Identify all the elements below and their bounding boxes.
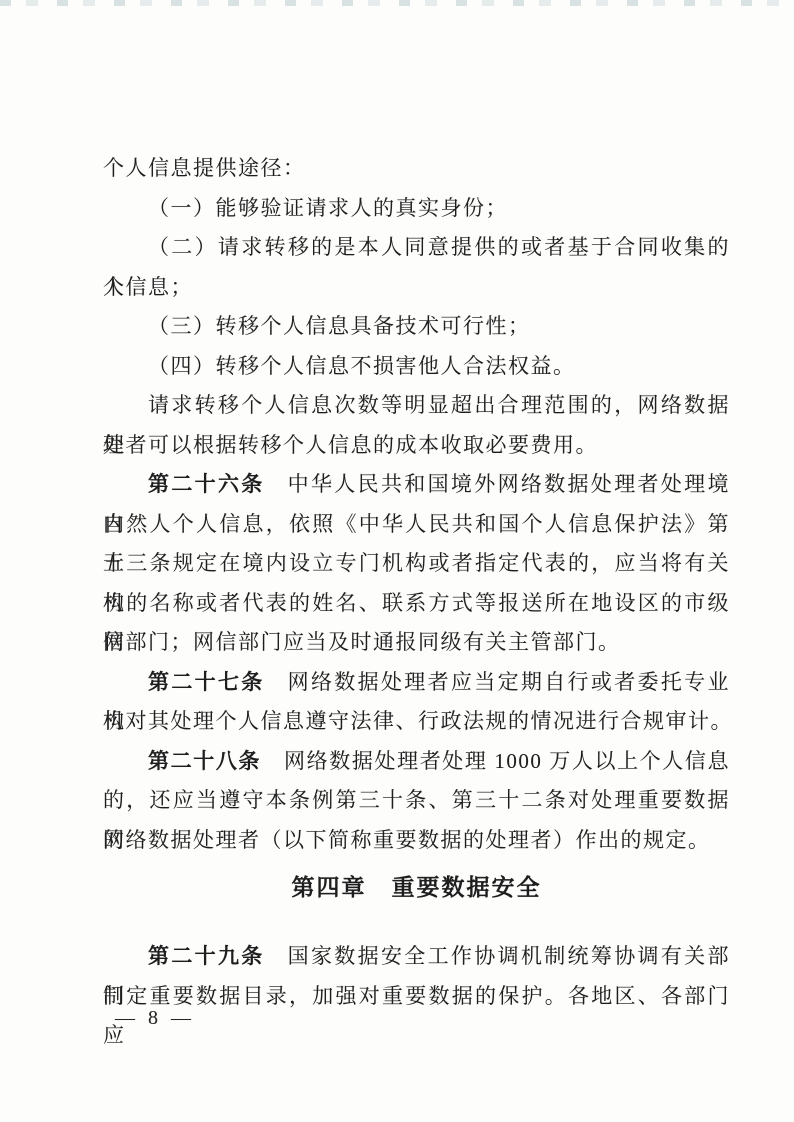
text-line: 第二十六条中华人民共和国境外网络数据处理者处理境内 bbox=[103, 465, 730, 505]
line-text: 个人信息提供途径： bbox=[103, 156, 306, 180]
article-label: 第二十七条 bbox=[148, 671, 265, 694]
page-number-footer: — 8 — bbox=[115, 1004, 195, 1032]
text-line: 十三条规定在境内设立专门机构或者指定代表的，应当将有关机 bbox=[103, 544, 730, 584]
line-text: 网络数据处理者处理 1000 万人以上个人信息 bbox=[284, 749, 730, 773]
article-label: 第二十九条 bbox=[148, 945, 265, 968]
line-text: 制定重要数据目录，加强对重要数据的保护。各地区、各部门应 bbox=[103, 984, 730, 1048]
line-text: 信部门；网信部门应当及时通报同级有关主管部门。 bbox=[103, 630, 621, 654]
scan-artifact-band bbox=[0, 0, 794, 6]
text-line: （四）转移个人信息不损害他人合法权益。 bbox=[103, 347, 730, 387]
text-line: 构的名称或者代表的姓名、联系方式等报送所在地设区的市级网 bbox=[103, 584, 730, 624]
text-line: （二）请求转移的是本人同意提供的或者基于合同收集的个 bbox=[103, 228, 730, 268]
text-line: （一）能够验证请求人的真实身份； bbox=[103, 189, 730, 229]
text-line: 制定重要数据目录，加强对重要数据的保护。各地区、各部门应 bbox=[103, 977, 730, 1017]
line-text: 网络数据处理者（以下简称重要数据的处理者）作出的规定。 bbox=[103, 828, 711, 852]
line-text: 人信息； bbox=[103, 275, 193, 299]
text-line: 自然人个人信息，依照《中华人民共和国个人信息保护法》第五 bbox=[103, 505, 730, 545]
line-text: （三）转移个人信息具备技术可行性； bbox=[148, 314, 531, 338]
text-line: 信部门；网信部门应当及时通报同级有关主管部门。 bbox=[103, 623, 730, 663]
text-line: 请求转移个人信息次数等明显超出合理范围的，网络数据处 bbox=[103, 386, 730, 426]
text-line: 的，还应当遵守本条例第三十条、第三十二条对处理重要数据的 bbox=[103, 781, 730, 821]
text-line: （三）转移个人信息具备技术可行性； bbox=[103, 307, 730, 347]
article-label: 第二十八条 bbox=[148, 750, 261, 773]
text-line: 构对其处理个人信息遵守法律、行政法规的情况进行合规审计。 bbox=[103, 702, 730, 742]
text-line: 第二十八条网络数据处理者处理 1000 万人以上个人信息 bbox=[103, 742, 730, 782]
text-line: 个人信息提供途径： bbox=[103, 149, 730, 189]
text-line: 网络数据处理者（以下简称重要数据的处理者）作出的规定。 bbox=[103, 821, 730, 861]
document-content: 个人信息提供途径： （一）能够验证请求人的真实身份； （二）请求转移的是本人同意… bbox=[103, 149, 730, 1016]
text-line: 第二十七条网络数据处理者应当定期自行或者委托专业机 bbox=[103, 663, 730, 703]
line-text: （一）能够验证请求人的真实身份； bbox=[148, 196, 508, 220]
text-line: 第二十九条国家数据安全工作协调机制统筹协调有关部门 bbox=[103, 937, 730, 977]
article-label: 第二十六条 bbox=[148, 473, 265, 496]
text-line: 人信息； bbox=[103, 268, 730, 308]
line-text: （四）转移个人信息不损害他人合法权益。 bbox=[148, 354, 576, 378]
document-page: 个人信息提供途径： （一）能够验证请求人的真实身份； （二）请求转移的是本人同意… bbox=[0, 0, 794, 1122]
line-text: 理者可以根据转移个人信息的成本收取必要费用。 bbox=[103, 433, 598, 457]
text-line: 理者可以根据转移个人信息的成本收取必要费用。 bbox=[103, 426, 730, 466]
chapter-heading: 第四章 重要数据安全 bbox=[103, 867, 730, 907]
line-text: 构对其处理个人信息遵守法律、行政法规的情况进行合规审计。 bbox=[103, 709, 733, 733]
